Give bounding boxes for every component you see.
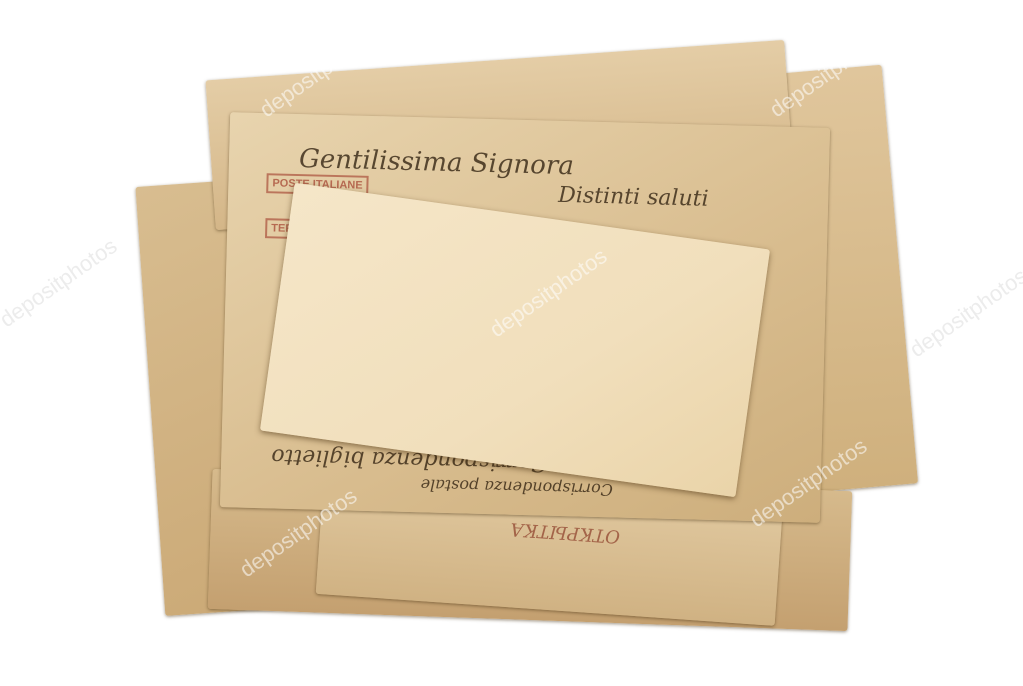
watermark: depositphotos xyxy=(0,233,122,333)
handwriting: Distinti saluti xyxy=(558,183,709,212)
watermark: depositphotos xyxy=(905,263,1023,363)
photo-stage: Gentilissima Signora Distinti saluti POS… xyxy=(0,0,1023,686)
card-subheader-text: Corrispondenza postale xyxy=(420,475,613,499)
